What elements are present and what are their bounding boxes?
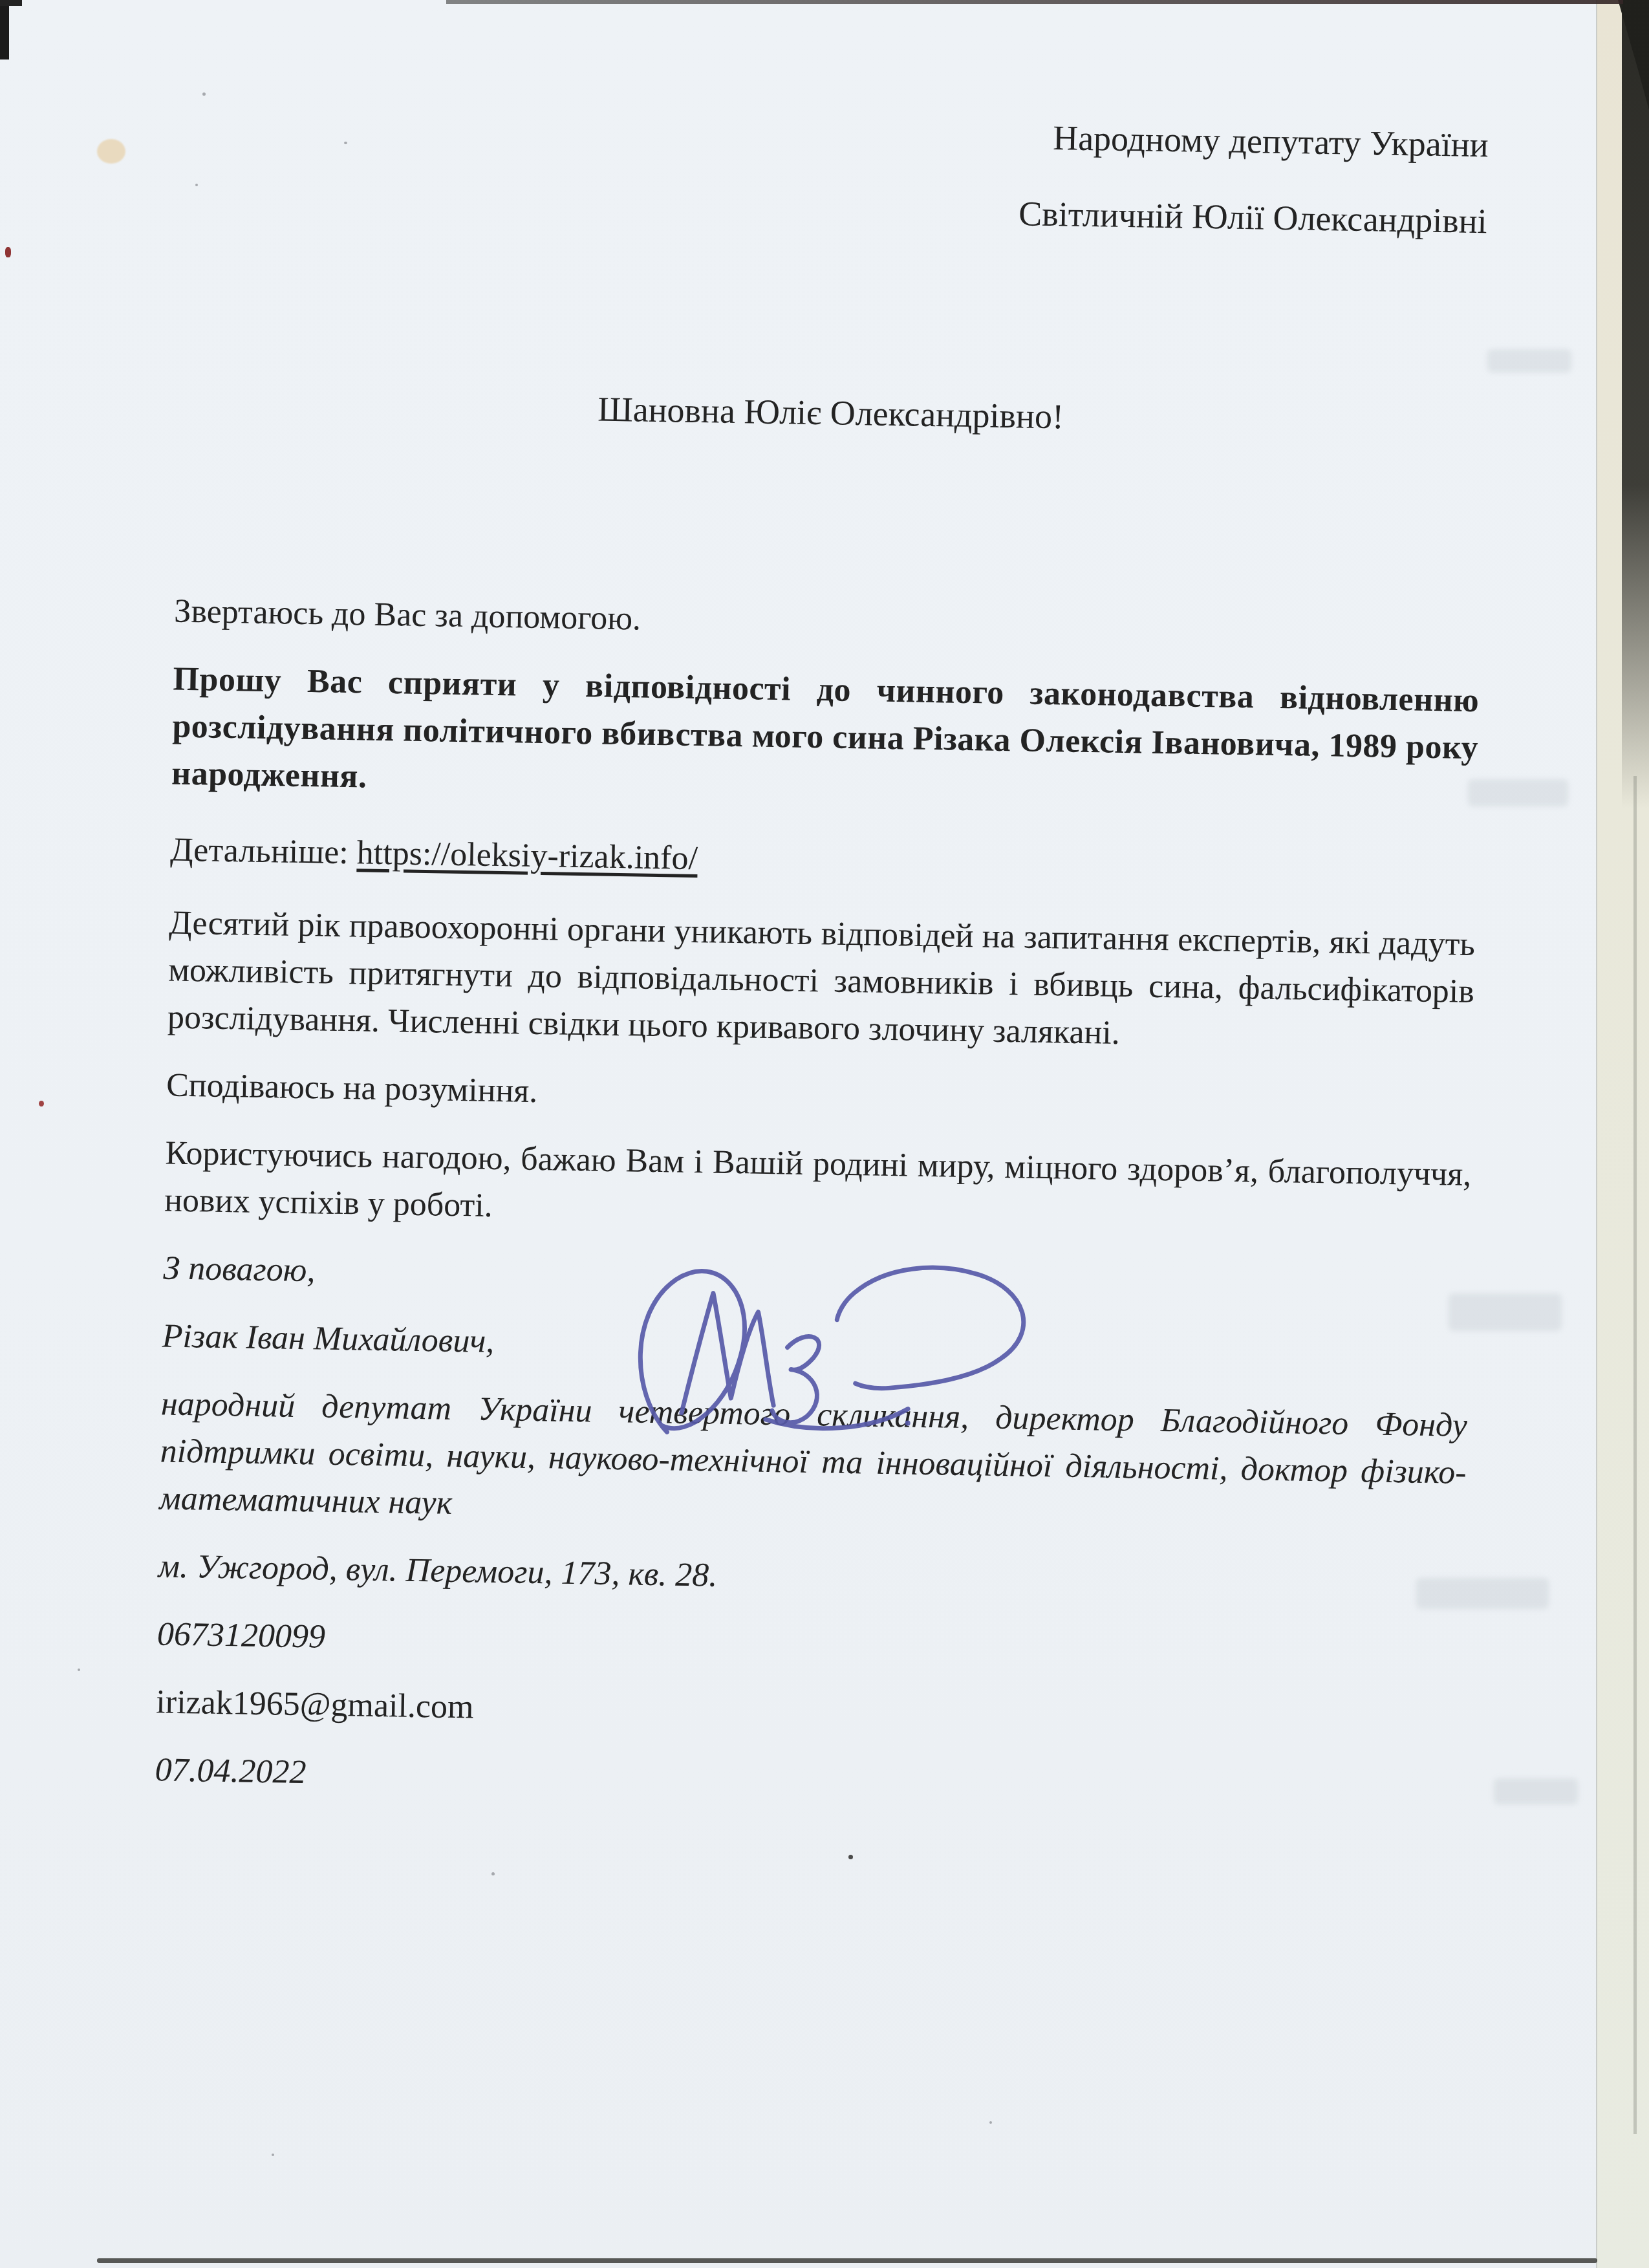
scan-top-left-mark [0,0,9,59]
paper-stain [97,139,125,164]
paragraph-details: Детальніше: https://oleksiy-rizak.info/ [170,826,1477,895]
ink-dot [848,1855,853,1859]
scanned-letter-page: Народному депутату України Світличній Юл… [0,0,1649,2268]
letter-date: 07.04.2022 [155,1746,1461,1815]
bleed-through-smudge [1494,1778,1578,1804]
scan-top-edge-line [446,0,1623,4]
sender-title: народний депутат України четвертого скли… [159,1380,1467,1543]
sender-email: irizak1965@gmail.com [156,1678,1463,1747]
bleed-through-smudge [1416,1578,1549,1609]
dust-speck [491,1872,495,1875]
recipient-line-1: Народному депутату України [182,100,1489,169]
bleed-through-smudge [1487,349,1571,373]
scan-bottom-edge-line [97,2258,1597,2263]
scan-right-edge-line [1633,776,1637,2134]
letter-content: Народному депутату України Світличній Юл… [0,0,1649,1818]
dust-speck [344,142,347,144]
bleed-through-smudge [1468,779,1568,806]
paragraph-hope: Сподіваюсь на розуміння. [166,1062,1473,1130]
dust-speck [202,92,206,96]
red-speck [39,1101,44,1107]
sender-name: Різак Іван Михайлович, [162,1312,1469,1381]
dust-speck [195,184,198,186]
paragraph-wishes: Користуючись нагодою, бажаю Вам і Вашій … [164,1129,1472,1245]
paragraph-body: Десятий рік правоохоронні органи уникают… [167,900,1475,1063]
red-speck [5,247,11,257]
sender-phone: 0673120099 [157,1610,1464,1679]
closing-regards: З повагою, [163,1244,1470,1313]
salutation: Шановна Юліє Олександрівно! [177,379,1484,448]
details-link: https://oleksiy-rizak.info/ [356,834,698,877]
recipient-line-2: Світличній Юлії Олександрівні [180,177,1487,245]
paragraph-request-bold: Прошу Вас сприяти у відповідності до чин… [171,656,1480,819]
scan-right-edge-shadow [1622,0,1649,808]
bleed-through-smudge [1449,1293,1562,1331]
dust-speck [78,1669,80,1671]
dust-speck [989,2121,992,2124]
dust-speck [272,2154,274,2156]
scan-top-left-mark-2 [0,0,22,6]
paragraph-intro: Звертаюсь до Вас за допомогою. [174,588,1481,656]
sender-address: м. Ужгород, вул. Перемоги, 173, кв. 28. [158,1542,1465,1611]
details-label: Детальніше: [170,832,357,872]
